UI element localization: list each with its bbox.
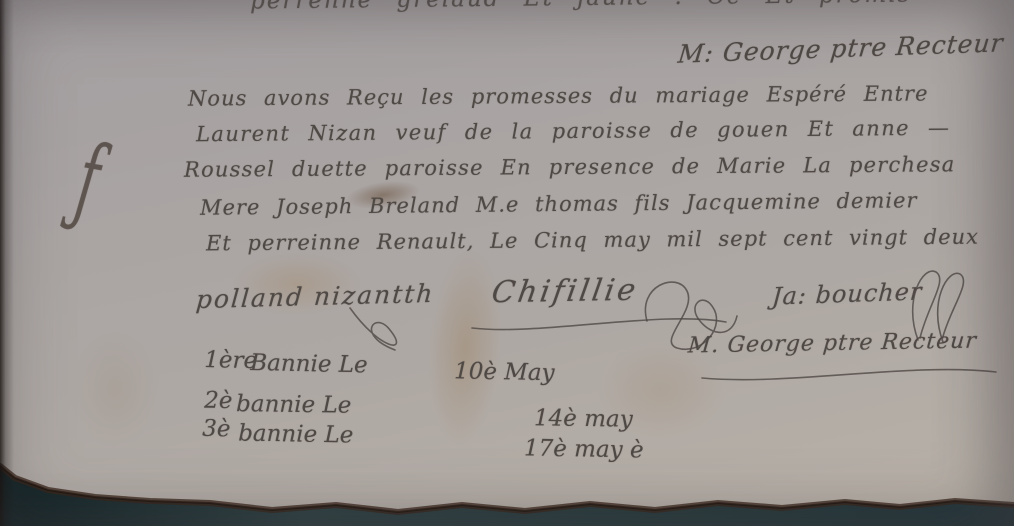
manuscript-scan: perrenne grelaud Et jaune . Ce Et promis…: [0, 0, 1014, 526]
signature-rector-top: M: George ptre Recteur: [677, 28, 1006, 68]
signature-underline-flourish: [700, 360, 1000, 386]
bann-date: 17è may è: [524, 435, 644, 463]
signature-underline-flourish: [470, 306, 730, 336]
manuscript-page: perrenne grelaud Et jaune . Ce Et promis…: [0, 0, 1014, 526]
binding-shadow: [0, 0, 14, 526]
bann-ordinal: 2è: [204, 388, 233, 414]
bann-line-3: 3è bannie Le 17è may è: [202, 416, 683, 476]
record-text-line: Roussel duette paroisse En presence de M…: [184, 152, 956, 181]
signature-witness-boucher: Ja: boucher: [771, 277, 923, 310]
paper-stain: [70, 330, 160, 450]
signature-rector: M. George ptre Recteur: [687, 328, 978, 358]
bann-label: Bannie Le: [250, 350, 368, 378]
bann-label: bannie Le: [238, 420, 354, 448]
signature-witness-nizan: polland nizantth: [195, 279, 436, 314]
signature-witness-chifillie: Chifillie: [489, 273, 641, 311]
margin-mark: ƒ: [68, 123, 107, 239]
record-text-line: Laurent Nizan veuf de la paroisse de gou…: [196, 116, 951, 147]
record-text-line: Nous avons Reçu les promesses du mariage…: [188, 81, 929, 110]
record-text-line: Mere Joseph Breland M.e thomas fils Jacq…: [200, 188, 918, 220]
bann-label: bannie Le: [236, 391, 352, 419]
record-text-line: Et perreinne Renault, Le Cinq may mil se…: [206, 225, 979, 256]
bann-date: 10è May: [454, 358, 555, 386]
bann-ordinal: 3è: [202, 416, 231, 442]
record-line-truncated: perrenne grelaud Et jaune . Ce Et promis: [250, 0, 912, 14]
